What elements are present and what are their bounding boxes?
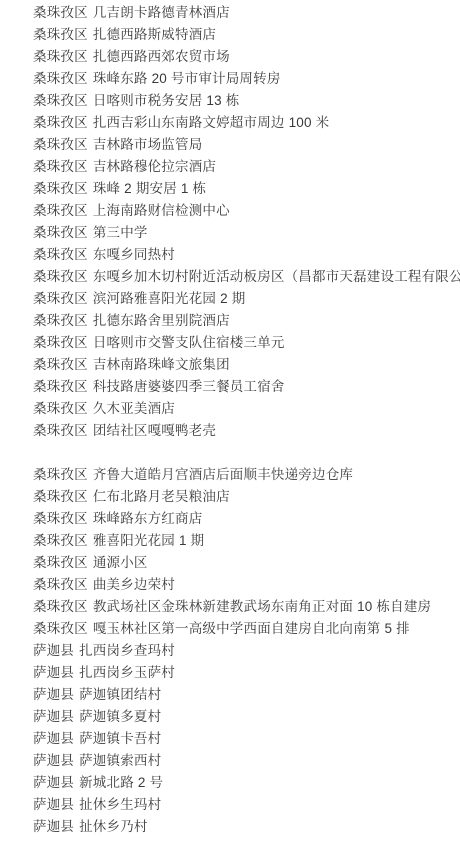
- list-item: 桑珠孜区扎德西路斯威特酒店: [33, 24, 460, 46]
- address-list: 桑珠孜区几吉朗卡路德青林酒店 桑珠孜区扎德西路斯威特酒店 桑珠孜区扎德西路西郊农…: [0, 0, 460, 838]
- district-label: 桑珠孜区: [33, 467, 88, 482]
- list-item: 萨迦县扯休乡生玛村: [33, 794, 460, 816]
- list-item: 桑珠孜区通源小区: [33, 552, 460, 574]
- district-label: 桑珠孜区: [33, 203, 88, 218]
- district-label: 桑珠孜区: [33, 291, 88, 306]
- list-item: 萨迦县扎西岗乡玉萨村: [33, 662, 460, 684]
- district-label: 桑珠孜区: [33, 93, 88, 108]
- list-item: 桑珠孜区扎德西路西郊农贸市场: [33, 46, 460, 68]
- district-label: 桑珠孜区: [33, 489, 88, 504]
- district-label: 萨迦县: [33, 819, 74, 834]
- address-label: 萨迦镇索西村: [79, 753, 161, 768]
- address-label: 吉林路穆伦拉宗酒店: [93, 159, 216, 174]
- list-item: 桑珠孜区珠峰东路 20 号市审计局周转房: [33, 68, 460, 90]
- address-label: 萨迦镇卡吾村: [79, 731, 161, 746]
- address-label: 扎西岗乡查玛村: [79, 643, 175, 658]
- district-label: 桑珠孜区: [33, 181, 88, 196]
- list-item: 桑珠孜区珠峰路东方红商店: [33, 508, 460, 530]
- district-label: 桑珠孜区: [33, 533, 88, 548]
- list-item: 桑珠孜区滨河路雅喜阳光花园 2 期: [33, 288, 460, 310]
- district-label: 萨迦县: [33, 775, 74, 790]
- list-item: 桑珠孜区东嘎乡同热村: [33, 244, 460, 266]
- address-label: 扎德东路舍里别院酒店: [93, 313, 230, 328]
- district-label: 桑珠孜区: [33, 335, 88, 350]
- list-item: 桑珠孜区久木亚美酒店: [33, 398, 460, 420]
- address-label: 新城北路 2 号: [79, 775, 163, 790]
- address-label: 齐鲁大道皓月宫酒店后面顺丰快递旁边仓库: [93, 467, 353, 482]
- list-item: 桑珠孜区扎西吉彩山东南路文婷超市周边 100 米: [33, 112, 460, 134]
- district-label: 萨迦县: [33, 665, 74, 680]
- address-label: 扎西吉彩山东南路文婷超市周边 100 米: [93, 115, 330, 130]
- list-item: 桑珠孜区上海南路财信检测中心: [33, 200, 460, 222]
- address-label: 萨迦镇团结村: [79, 687, 161, 702]
- district-label: 桑珠孜区: [33, 313, 88, 328]
- address-label: 久木亚美酒店: [93, 401, 175, 416]
- district-label: 桑珠孜区: [33, 247, 88, 262]
- address-label: 滨河路雅喜阳光花园 2 期: [93, 291, 246, 306]
- list-item: 桑珠孜区吉林南路珠峰文旅集团: [33, 354, 460, 376]
- list-item: 桑珠孜区曲美乡边荣村: [33, 574, 460, 596]
- district-label: 萨迦县: [33, 687, 74, 702]
- district-label: 桑珠孜区: [33, 159, 88, 174]
- address-label: 扯休乡乃村: [79, 819, 148, 834]
- district-label: 桑珠孜区: [33, 115, 88, 130]
- district-label: 桑珠孜区: [33, 225, 88, 240]
- address-label: 嘎玉林社区第一高级中学西面自建房自北向南第 5 排: [93, 621, 410, 636]
- district-label: 桑珠孜区: [33, 5, 88, 20]
- address-label: 珠峰东路 20 号市审计局周转房: [93, 71, 281, 86]
- list-item: 桑珠孜区仁布北路月老吴粮油店: [33, 486, 460, 508]
- address-label: 雅喜阳光花园 1 期: [93, 533, 205, 548]
- address-label: 珠峰路东方红商店: [93, 511, 203, 526]
- address-label: 珠峰 2 期安居 1 栋: [93, 181, 206, 196]
- district-label: 桑珠孜区: [33, 49, 88, 64]
- list-item: 桑珠孜区科技路唐婆婆四季三餐员工宿舍: [33, 376, 460, 398]
- list-item: 桑珠孜区几吉朗卡路德青林酒店: [33, 2, 460, 24]
- address-label: 团结社区嘎嘎鸭老壳: [93, 423, 216, 438]
- address-label: 吉林路市场监管局: [93, 137, 203, 152]
- district-label: 桑珠孜区: [33, 577, 88, 592]
- address-label: 吉林南路珠峰文旅集团: [93, 357, 230, 372]
- district-label: 桑珠孜区: [33, 555, 88, 570]
- district-label: 桑珠孜区: [33, 379, 88, 394]
- district-label: 桑珠孜区: [33, 357, 88, 372]
- address-label: 第三中学: [93, 225, 148, 240]
- list-item: 桑珠孜区雅喜阳光花园 1 期: [33, 530, 460, 552]
- address-label: 上海南路财信检测中心: [93, 203, 230, 218]
- address-label: 扯休乡生玛村: [79, 797, 161, 812]
- address-label: 仁布北路月老吴粮油店: [93, 489, 230, 504]
- district-label: 桑珠孜区: [33, 137, 88, 152]
- blank-line: [33, 442, 460, 464]
- address-label: 教武场社区金珠林新建教武场东南角正对面 10 栋自建房: [93, 599, 431, 614]
- list-item: 萨迦县新城北路 2 号: [33, 772, 460, 794]
- address-label: 日喀则市税务安居 13 栋: [93, 93, 240, 108]
- address-label: 扎德西路西郊农贸市场: [93, 49, 230, 64]
- list-item: 桑珠孜区吉林路穆伦拉宗酒店: [33, 156, 460, 178]
- list-item: 萨迦县萨迦镇团结村: [33, 684, 460, 706]
- list-item: 萨迦县萨迦镇索西村: [33, 750, 460, 772]
- district-label: 萨迦县: [33, 643, 74, 658]
- list-item: 桑珠孜区扎德东路舍里别院酒店: [33, 310, 460, 332]
- list-item: 桑珠孜区教武场社区金珠林新建教武场东南角正对面 10 栋自建房: [33, 596, 460, 618]
- address-label: 东嘎乡加木切村附近活动板房区（昌都市天磊建设工程有限公司）: [93, 269, 460, 284]
- address-label: 萨迦镇多夏村: [79, 709, 161, 724]
- list-item: 萨迦县扯休乡乃村: [33, 816, 460, 838]
- district-label: 桑珠孜区: [33, 27, 88, 42]
- address-label: 几吉朗卡路德青林酒店: [93, 5, 230, 20]
- list-item: 桑珠孜区嘎玉林社区第一高级中学西面自建房自北向南第 5 排: [33, 618, 460, 640]
- address-label: 东嘎乡同热村: [93, 247, 175, 262]
- address-label: 扎德西路斯威特酒店: [93, 27, 216, 42]
- address-label: 日喀则市交警支队住宿楼三单元: [93, 335, 285, 350]
- district-label: 桑珠孜区: [33, 511, 88, 526]
- list-item: 桑珠孜区日喀则市税务安居 13 栋: [33, 90, 460, 112]
- list-item: 桑珠孜区第三中学: [33, 222, 460, 244]
- district-label: 桑珠孜区: [33, 269, 88, 284]
- list-item: 萨迦县萨迦镇卡吾村: [33, 728, 460, 750]
- address-label: 通源小区: [93, 555, 148, 570]
- list-item: 桑珠孜区东嘎乡加木切村附近活动板房区（昌都市天磊建设工程有限公司）: [33, 266, 460, 288]
- address-label: 曲美乡边荣村: [93, 577, 175, 592]
- list-item: 桑珠孜区团结社区嘎嘎鸭老壳: [33, 420, 460, 442]
- list-item: 萨迦县扎西岗乡查玛村: [33, 640, 460, 662]
- district-label: 桑珠孜区: [33, 423, 88, 438]
- list-item: 萨迦县萨迦镇多夏村: [33, 706, 460, 728]
- district-label: 桑珠孜区: [33, 71, 88, 86]
- list-item: 桑珠孜区珠峰 2 期安居 1 栋: [33, 178, 460, 200]
- address-label: 扎西岗乡玉萨村: [79, 665, 175, 680]
- district-label: 萨迦县: [33, 731, 74, 746]
- district-label: 萨迦县: [33, 709, 74, 724]
- list-item: 桑珠孜区齐鲁大道皓月宫酒店后面顺丰快递旁边仓库: [33, 464, 460, 486]
- address-label: 科技路唐婆婆四季三餐员工宿舍: [93, 379, 285, 394]
- list-item: 桑珠孜区日喀则市交警支队住宿楼三单元: [33, 332, 460, 354]
- district-label: 桑珠孜区: [33, 599, 88, 614]
- district-label: 桑珠孜区: [33, 401, 88, 416]
- district-label: 萨迦县: [33, 753, 74, 768]
- district-label: 萨迦县: [33, 797, 74, 812]
- list-item: 桑珠孜区吉林路市场监管局: [33, 134, 460, 156]
- district-label: 桑珠孜区: [33, 621, 88, 636]
